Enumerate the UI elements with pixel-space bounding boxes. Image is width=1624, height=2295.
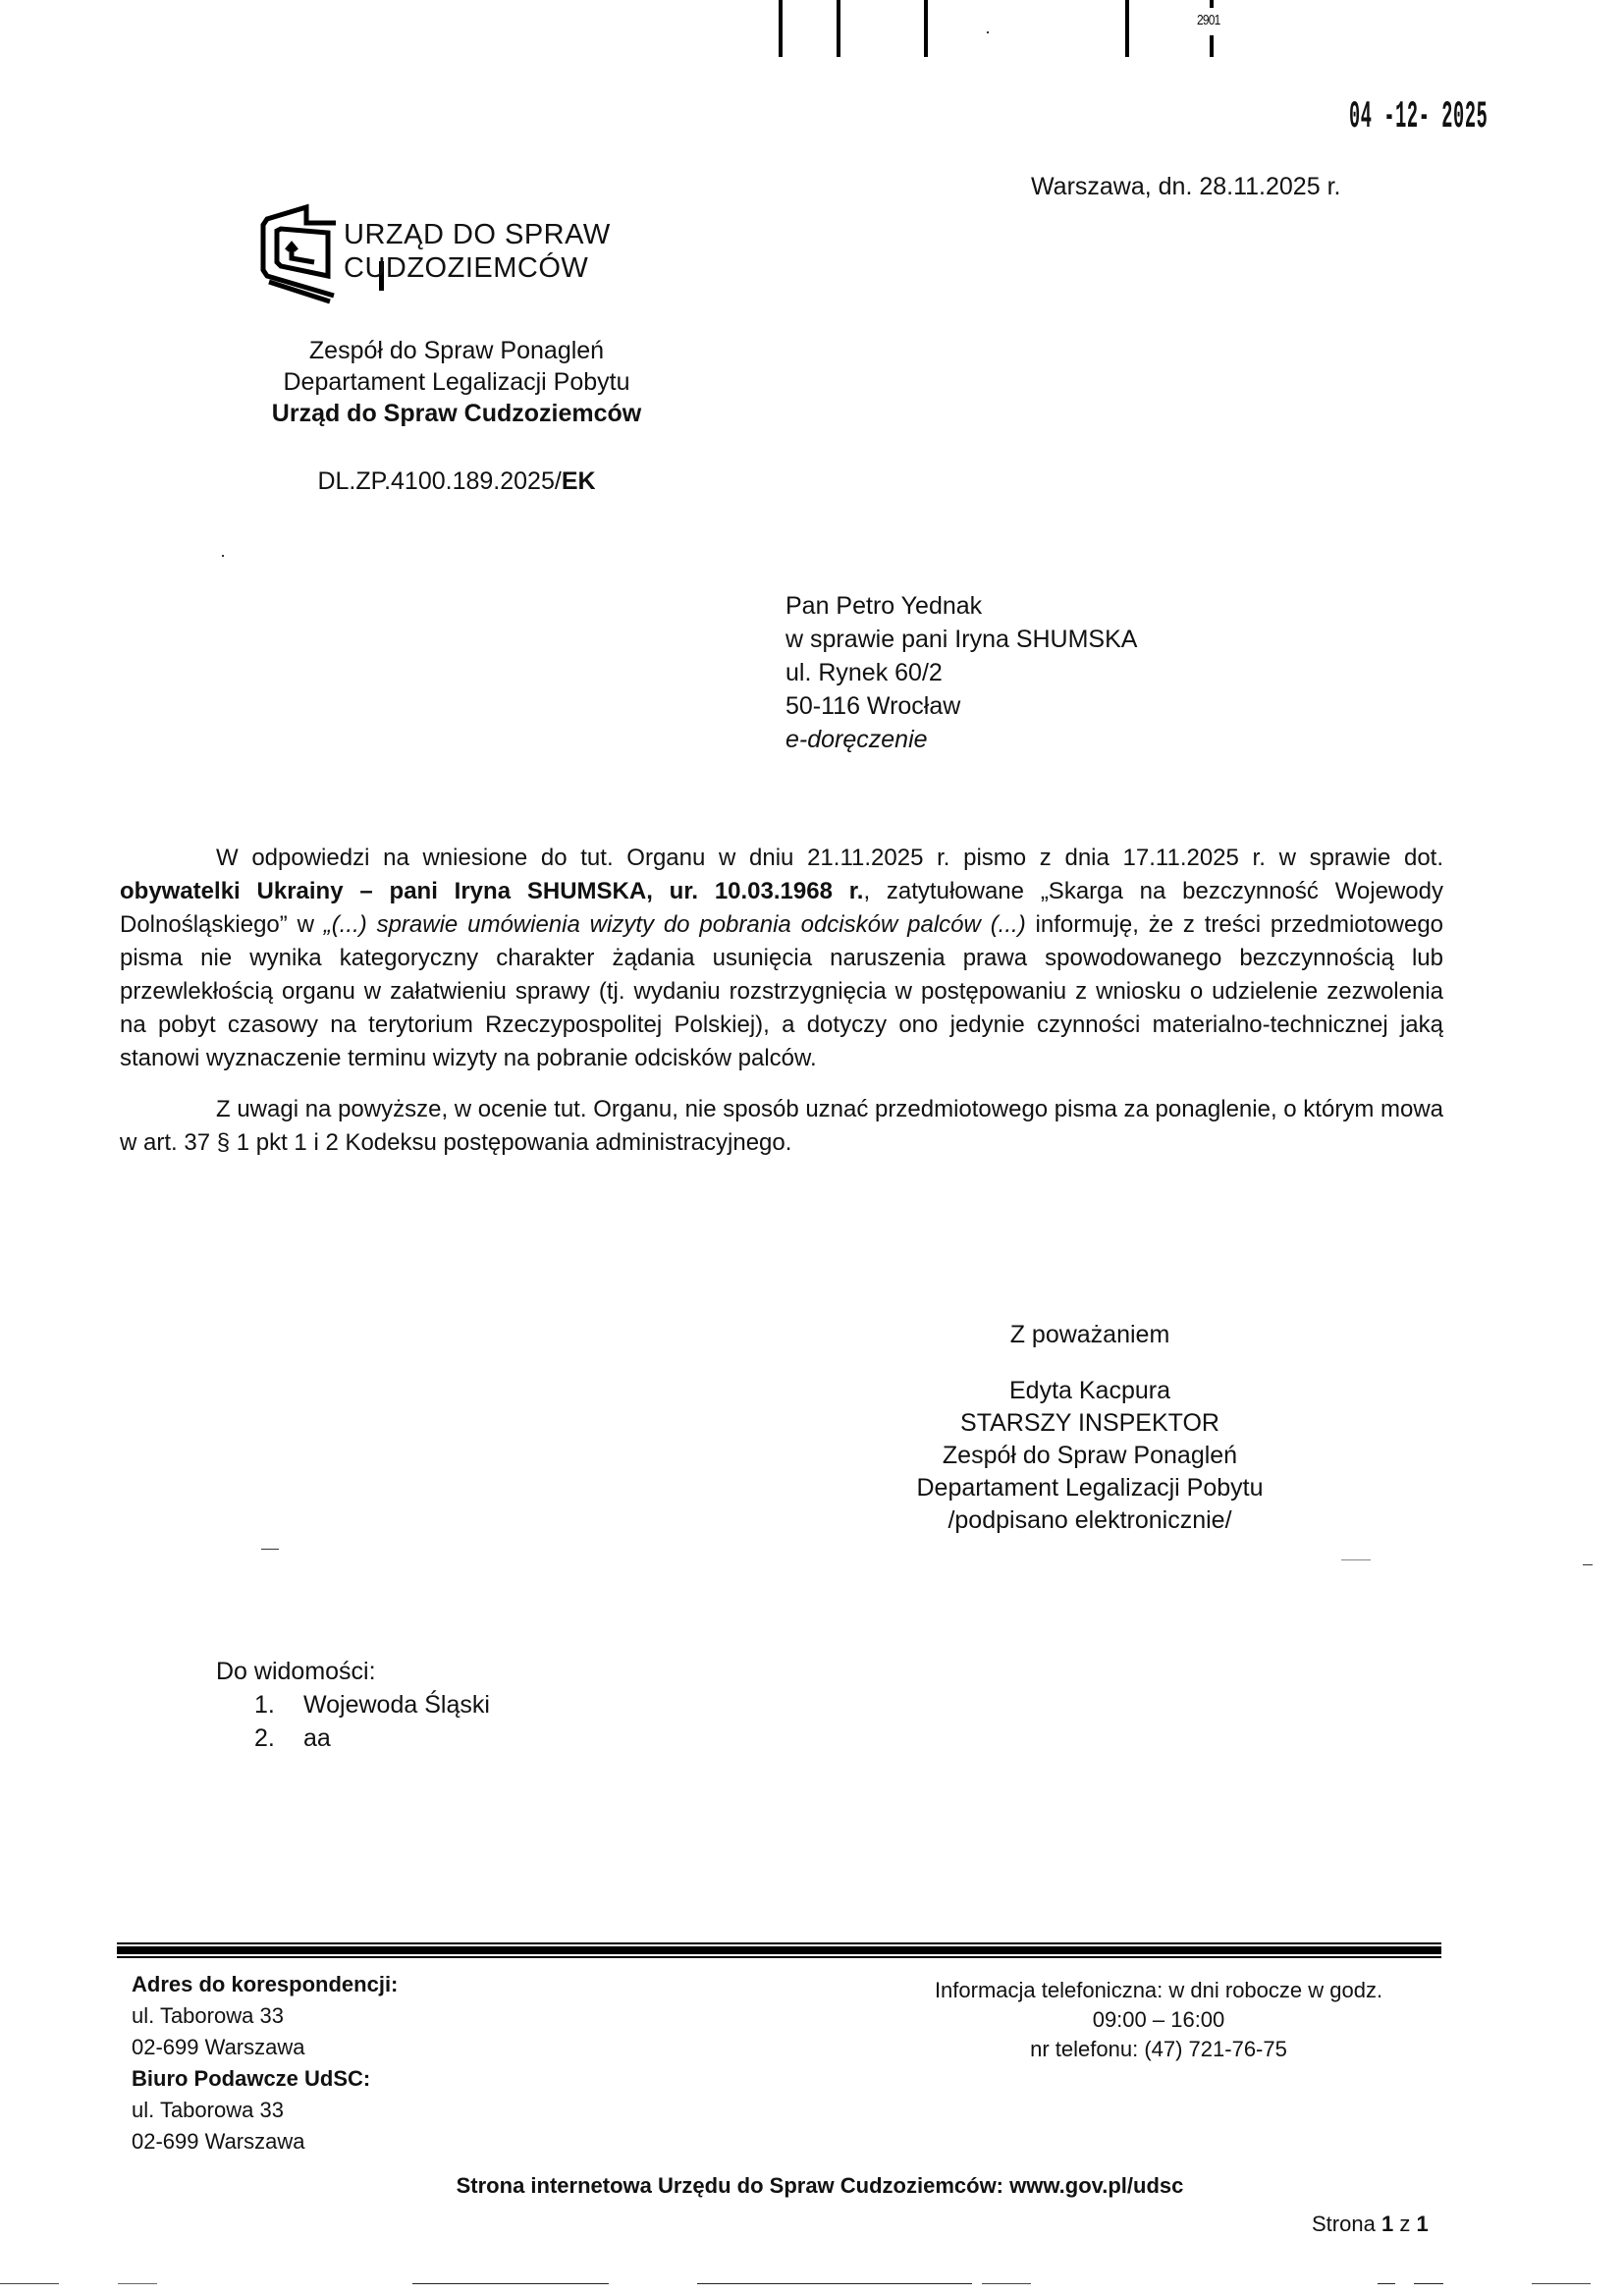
signatory-title: STARSZY INSPEKTOR (864, 1407, 1316, 1440)
cc-label: Do widomości: (216, 1655, 490, 1688)
cc-item-text: Wojewoda Śląski (303, 1691, 490, 1719)
website-info: Strona internetowa Urzędu do Spraw Cudzo… (412, 2173, 1227, 2199)
office-city: 02-699 Warszawa (132, 2126, 398, 2158)
case-reference: DL.ZP.4100.189.2025/EK (236, 467, 677, 496)
phone-info: Informacja telefoniczna: w dni robocze w… (884, 1976, 1434, 2005)
case-reference-number: DL.ZP.4100.189.2025/ (317, 467, 561, 495)
phone-number: nr telefonu: (47) 721-76-75 (884, 2035, 1434, 2064)
barcode-bar (924, 0, 928, 57)
case-reference-initials: EK (562, 467, 596, 495)
scan-speck (261, 1549, 279, 1550)
footer-phone-info: Informacja telefoniczna: w dni robocze w… (884, 1976, 1434, 2064)
footer-divider (117, 1942, 1441, 1958)
office-name: Urząd do Spraw Cudzoziemców (236, 398, 677, 429)
delivery-method: e-doręczenie (785, 723, 1137, 756)
body-paragraph-1: W odpowiedzi na wniesione do tut. Organu… (120, 842, 1443, 1075)
scan-speck (1583, 1564, 1593, 1565)
logo-line2: CUDZOZIEMCÓW (289, 251, 588, 285)
correspondence-city: 02-699 Warszawa (132, 2032, 398, 2063)
addressee-street: ul. Rynek 60/2 (785, 656, 1137, 689)
signature-note: /podpisano elektronicznie/ (864, 1504, 1316, 1537)
barcode-bar (1125, 0, 1129, 57)
addressee-name: Pan Petro Yednak (785, 589, 1137, 623)
signatory-unit: Zespół do Spraw Ponagleń (864, 1440, 1316, 1472)
page-total: 1 (1416, 2212, 1428, 2236)
cc-item-number: 2. (254, 1721, 303, 1755)
barcode-number: 2901 (1197, 12, 1220, 28)
office-label: Biuro Podawcze UdSC: (132, 2063, 398, 2095)
scan-speck (222, 555, 224, 557)
addressee-block: Pan Petro Yednak w sprawie pani Iryna SH… (785, 589, 1137, 756)
cc-list: 1.Wojewoda Śląski 2.aa (216, 1688, 490, 1755)
footer-addresses: Adres do korespondencji: ul. Taborowa 33… (132, 1969, 398, 2158)
signatory-department: Departament Legalizacji Pobytu (864, 1472, 1316, 1504)
cc-item: 2.aa (216, 1721, 490, 1755)
barcode-bar (837, 0, 840, 57)
phone-hours: 09:00 – 16:00 (884, 2005, 1434, 2035)
addressee-city: 50-116 Wrocław (785, 689, 1137, 723)
page-label: Strona (1312, 2212, 1376, 2236)
signatory-name: Edyta Kacpura (864, 1375, 1316, 1407)
body-paragraph-2: Z uwagi na powyższe, w ocenie tut. Organ… (120, 1093, 1443, 1160)
cc-item-number: 1. (254, 1688, 303, 1721)
department-unit: Zespół do Spraw Ponagleń (236, 335, 677, 366)
office-logo: URZĄD DO SPRAW CUDZOZIEMCÓW (257, 201, 670, 309)
barcode-bar (779, 0, 783, 57)
office-street: ul. Taborowa 33 (132, 2095, 398, 2126)
barcode-bar (1210, 35, 1214, 57)
page-number: Strona 1 z 1 (1312, 2212, 1429, 2237)
correspondence-street: ul. Taborowa 33 (132, 2000, 398, 2032)
page-of: z (1399, 2212, 1410, 2236)
department-block: Zespół do Spraw Ponagleń Departament Leg… (236, 335, 677, 429)
closing-greeting: Z poważaniem (864, 1319, 1316, 1351)
correspondence-label: Adres do korespondencji: (132, 1969, 398, 2000)
body-italic-quote: „(...) sprawie umówienia wizyty do pobra… (324, 911, 1026, 938)
addressee-matter: w sprawie pani Iryna SHUMSKA (785, 623, 1137, 656)
department-name: Departament Legalizacji Pobytu (236, 366, 677, 398)
barcode-bar (1210, 0, 1214, 8)
cc-item: 1.Wojewoda Śląski (216, 1688, 490, 1721)
cc-item-text: aa (303, 1724, 331, 1752)
signature-block: Z poważaniem Edyta Kacpura STARSZY INSPE… (864, 1319, 1316, 1537)
body-bold-segment: obywatelki Ukrainy – pani Iryna SHUMSKA,… (120, 878, 863, 904)
cc-block: Do widomości: 1.Wojewoda Śląski 2.aa (216, 1655, 490, 1755)
place-date: Warszawa, dn. 28.11.2025 r. (1031, 173, 1340, 201)
scan-speck (1341, 1559, 1371, 1560)
scan-speck (987, 31, 989, 33)
page-current: 1 (1381, 2212, 1393, 2236)
body-text-segment: W odpowiedzi na wniesione do tut. Organu… (216, 845, 1443, 871)
letter-body: W odpowiedzi na wniesione do tut. Organu… (120, 842, 1443, 1160)
logo-line1: URZĄD DO SPRAW (336, 218, 635, 251)
received-date-stamp: 04 -12- 2025 (1349, 96, 1488, 139)
